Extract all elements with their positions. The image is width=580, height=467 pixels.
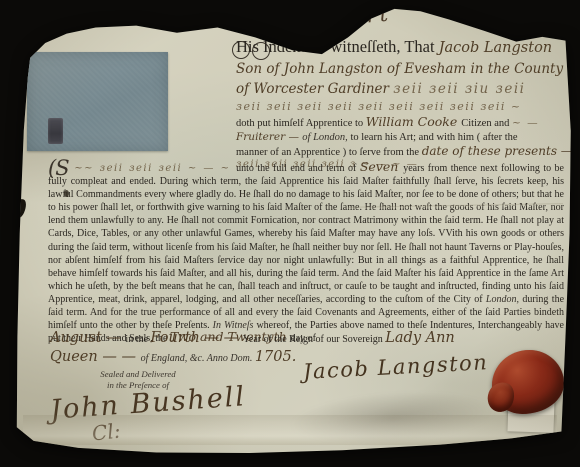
- text-segment: of Worcester Gardiner: [236, 81, 393, 97]
- parchment-wrap: Cert His Indenture witneſſeth, That Jaco…: [0, 0, 580, 467]
- text-segment: doth put himſelf Apprentice to: [236, 118, 366, 129]
- text-segment: to learn his Art; and with him ( after t…: [350, 132, 517, 143]
- text-line: His Indenture witneſſeth, That Jacob Lan…: [236, 36, 564, 59]
- text-segment: 1705.: [255, 349, 297, 365]
- text-segment: Son of John Langston of Evesham in the C…: [236, 61, 563, 77]
- embossed-stamp-mark: [48, 118, 63, 144]
- text-segment: date of these presents — —: [422, 144, 580, 158]
- text-segment: Year of the Reign of our Sovereign: [243, 334, 386, 345]
- text-segment: His Indenture witneſſeth, That: [236, 37, 439, 56]
- text-segment: ~~ зеіі зеіі зеіі ~ — ~: [69, 163, 237, 174]
- text-segment: of London,: [302, 132, 350, 143]
- archival-mark: Cert: [331, 1, 392, 30]
- attestation-line: Sealed and Delivered: [68, 369, 208, 380]
- text-line: August — in the Fourth — — Year of the R…: [50, 330, 566, 349]
- text-segment: Jacob Langston: [439, 40, 552, 56]
- ink-blot: [64, 190, 69, 197]
- text-segment: зеіі зеіі зеіі зеіі зеіі зеіі зеіі зеіі …: [236, 100, 522, 113]
- text-line: Son of John Langston of Evesham in the C…: [236, 59, 564, 79]
- text-segment: August —: [50, 330, 125, 346]
- text-segment: manner of an Apprentice ) to ſerve from …: [236, 147, 422, 158]
- text-line: зеіі зеіі зеіі зеіі зеіі зеіі зеіі зеіі …: [236, 99, 564, 115]
- indenture-body-text: (S ~~ зеіі зеіі зеіі ~ — ~ unto the full…: [48, 162, 564, 345]
- text-segment: зеіі зеіі зіи зеіі: [393, 81, 525, 97]
- text-segment: Lady Ann: [385, 330, 455, 346]
- text-segment: Anno Dom.: [207, 353, 255, 364]
- text-segment: unto the full end and term of: [236, 163, 360, 174]
- photo-background: Cert His Indenture witneſſeth, That Jaco…: [0, 0, 580, 467]
- indenture-heading: His Indenture witneſſeth, That Jacob Lan…: [236, 36, 564, 171]
- text-segment: Citizen and: [461, 118, 512, 129]
- text-segment: Fruiterer —: [236, 131, 302, 143]
- revenue-stamp-patch: [27, 52, 168, 151]
- text-segment: Queen — —: [50, 349, 141, 365]
- text-line: doth put himſelf Apprentice to William C…: [236, 115, 564, 130]
- text-segment: Seven: [360, 159, 403, 174]
- text-line: Fruiterer — of London, to learn his Art;…: [236, 130, 564, 145]
- text-segment: in the: [125, 334, 150, 345]
- text-segment: William Cooke: [366, 114, 461, 129]
- text-segment: Fourth — —: [150, 330, 242, 346]
- text-line: manner of an Apprentice ) to ſerve from …: [236, 145, 564, 159]
- ink-blot: [7, 196, 29, 222]
- text-segment: of England, &c.: [141, 353, 207, 364]
- bottom-fold: [23, 415, 557, 445]
- text-segment: years from thence next following to be f…: [48, 163, 564, 305]
- text-segment: ~ —: [512, 117, 539, 129]
- text-segment: London,: [486, 294, 522, 305]
- parchment-document: Cert His Indenture witneſſeth, That Jaco…: [0, 0, 580, 467]
- text-line: of Worcester Gardiner зеіі зеіі зіи зеіі: [236, 79, 564, 99]
